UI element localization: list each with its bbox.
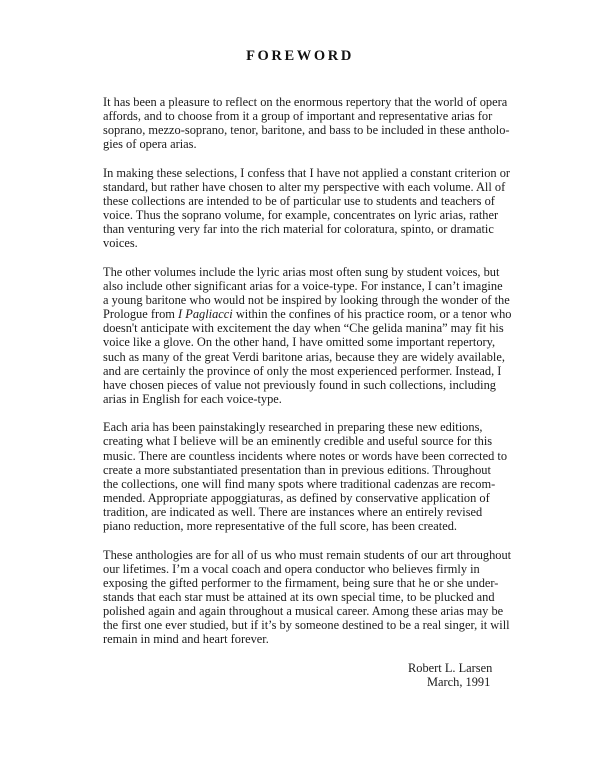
text-line: than venturing very far into the rich ma… (103, 222, 523, 236)
page-title: FOREWORD (0, 48, 600, 65)
text-line: voices. (103, 236, 523, 250)
text-line: gies of opera arias. (103, 137, 523, 151)
text-line: doesn't anticipate with excitement the d… (103, 321, 523, 335)
paragraph-1: It has been a pleasure to reflect on the… (103, 95, 523, 151)
text-line: standard, but rather have chosen to alte… (103, 180, 523, 194)
text-line: The other volumes include the lyric aria… (103, 265, 523, 279)
text-line: these collections are intended to be of … (103, 194, 523, 208)
text-line: creating what I believe will be an emine… (103, 434, 523, 448)
text-line: exposing the gifted performer to the fir… (103, 576, 523, 590)
paragraph-3: The other volumes include the lyric aria… (103, 265, 523, 406)
text-line: It has been a pleasure to reflect on the… (103, 95, 523, 109)
text-line: In making these selections, I confess th… (103, 166, 523, 180)
text-line: voice like a glove. On the other hand, I… (103, 335, 523, 349)
text-line: stands that each star must be attained a… (103, 590, 523, 604)
text-line: have chosen pieces of value not previous… (103, 378, 523, 392)
text-line: arias in English for each voice-type. (103, 392, 523, 406)
text-line: music. There are countless incidents whe… (103, 449, 523, 463)
text-line: such as many of the great Verdi baritone… (103, 350, 523, 364)
text-line: voice. Thus the soprano volume, for exam… (103, 208, 523, 222)
text-line: tradition, are indicated as well. There … (103, 505, 523, 519)
text-line: mended. Appropriate appoggiaturas, as de… (103, 491, 523, 505)
text-run: Prologue from (103, 307, 178, 321)
paragraph-2: In making these selections, I confess th… (103, 166, 523, 251)
text-line: Each aria has been painstakingly researc… (103, 420, 523, 434)
paragraph-4: Each aria has been painstakingly researc… (103, 420, 523, 533)
author-name: Robert L. Larsen (408, 661, 492, 675)
text-line: our lifetimes. I’m a vocal coach and ope… (103, 562, 523, 576)
text-line: piano reduction, more representative of … (103, 519, 523, 533)
opera-title: I Pagliacci (178, 307, 233, 321)
paragraph-5: These anthologies are for all of us who … (103, 548, 523, 647)
text-line: the collections, one will find many spot… (103, 477, 523, 491)
text-line: also include other significant arias for… (103, 279, 523, 293)
text-line: soprano, mezzo-soprano, tenor, baritone,… (103, 123, 523, 137)
text-line: the first one ever studied, but if it’s … (103, 618, 523, 632)
text-line: These anthologies are for all of us who … (103, 548, 523, 562)
text-run: within the confines of his practice room… (233, 307, 512, 321)
foreword-body: It has been a pleasure to reflect on the… (103, 95, 523, 661)
text-line: a young baritone who would not be inspir… (103, 293, 523, 307)
text-line: remain in mind and heart forever. (103, 632, 523, 646)
text-line: polished again and again throughout a mu… (103, 604, 523, 618)
text-line: create a more substantiated presentation… (103, 463, 523, 477)
text-line: and are certainly the province of only t… (103, 364, 523, 378)
text-line: Prologue from I Pagliacci within the con… (103, 307, 523, 321)
text-line: affords, and to choose from it a group o… (103, 109, 523, 123)
signature-date: March, 1991 (427, 675, 490, 689)
